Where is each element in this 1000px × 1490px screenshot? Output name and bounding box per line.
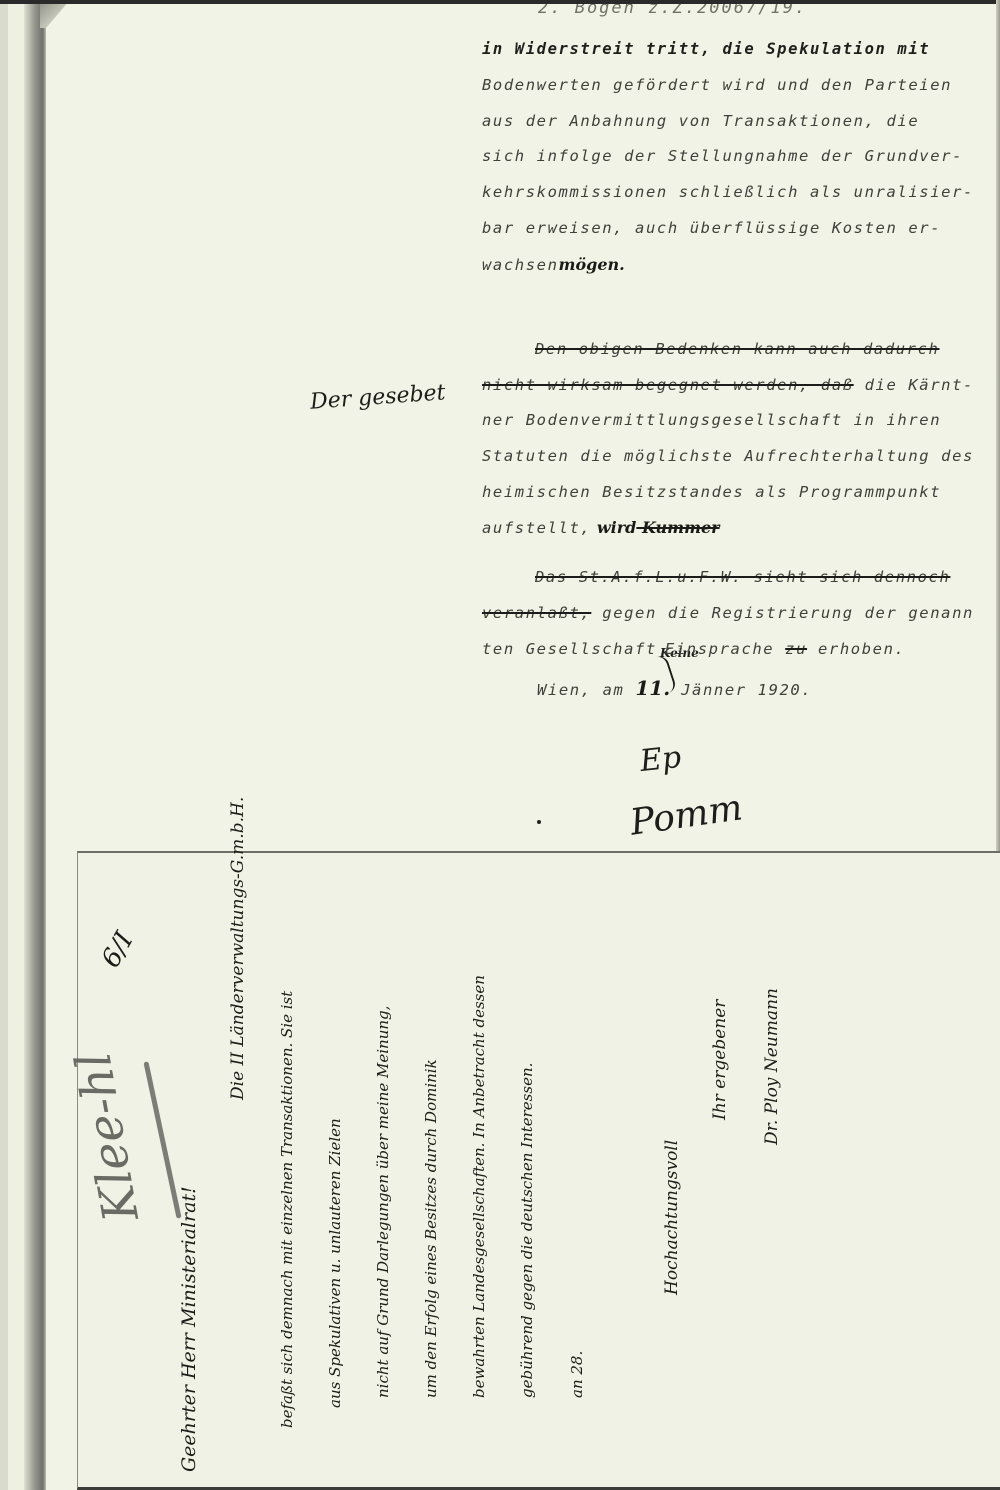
signature-initials: Ep [638,740,683,779]
struck-text: Den obigen Bedenken kann auch dadurch [535,340,939,358]
typed-para3-line-3: ten GesellschaftEinsprache zu erhoben. [482,640,905,658]
typed-para2-line-4: Statuten die möglichste Aufrechterhaltun… [482,447,974,465]
typed-para3-line-1: Das St.A.f.L.u.F.W. sieht sich dennoch [535,568,950,586]
card-line-3: befaßt sich demnach mit einzelnen Transa… [278,991,296,1428]
typed-line-7: wachsenmögen. [482,255,625,274]
typed-para2-line-5: heimischen Besitzstandes als Programmpun… [482,483,941,501]
struck-text: zu [785,640,807,658]
handwritten-insertion: wird [591,518,636,537]
scan-left-margin [0,0,8,1490]
closing-signature: Dr. Ploy Neumann [762,988,782,1145]
handwritten-struck: Kummer [636,518,719,537]
card-line-8: gebührend gegen die deutschen Interessen… [518,1063,536,1398]
typed-para2-line-3: ner Bodenvermittlungsgesellschaft in ihr… [482,411,941,429]
card-line-9: an 28. [568,1351,586,1398]
typed-line-2: Bodenwerten gefördert wird und den Parte… [482,76,952,94]
typed-para2-line-6: aufstellt, wird Kummer [482,518,720,537]
binding-shadow [24,0,46,1490]
card-line-1: Geehrter Herr Ministerialrat! [178,1186,200,1472]
typed-line-4: sich infolge der Stellungnahme der Grund… [482,147,963,165]
card-line-4: aus Spekulativen u. unlauteren Zielen [326,1118,344,1408]
date-line: Wien, am 11. Jänner 1920. [537,676,812,700]
card-line-5: nicht auf Grund Darlegungen über meine M… [374,1006,392,1398]
card-line-2: Die II Länderverwaltungs-G.m.b.H. [228,797,248,1100]
typed-line-3: aus der Anbahnung von Transaktionen, die [482,112,919,130]
typed-para2-line-2: nicht wirksam begegnet werden, daß die K… [482,376,974,394]
typed-para2-line-1: Den obigen Bedenken kann auch dadurch [535,340,939,358]
struck-text: Das St.A.f.L.u.F.W. sieht sich dennoch [535,568,950,586]
typed-line-1: in Widerstreit tritt, die Spekulation mi… [482,40,930,58]
card-line-6: um den Erfolg eines Besitzes durch Domin… [422,1059,440,1398]
struck-text: nicht wirksam begegnet werden, daß [482,376,854,394]
handwritten-insertion: mögen. [559,255,625,274]
closing-line-1: Hochachtungsvoll [662,1140,682,1295]
typed-para3-line-2: veranlaßt, gegen die Registrierung der g… [482,604,974,622]
card-line-7: bewahrten Landesgesellschaften. In Anbet… [470,975,488,1398]
date-day-handwritten: 11. [635,676,670,700]
attached-letter-card [77,851,1000,1490]
typed-line-6: bar erweisen, auch überflüssige Kosten e… [482,219,941,237]
scan-top-border [0,0,1000,4]
struck-text: veranlaßt, [482,604,591,622]
typed-line-5: kehrskommissionen schließlich als unrali… [482,183,974,201]
ink-dot [537,820,541,824]
closing-line-2: Ihr ergebener [710,1000,730,1120]
